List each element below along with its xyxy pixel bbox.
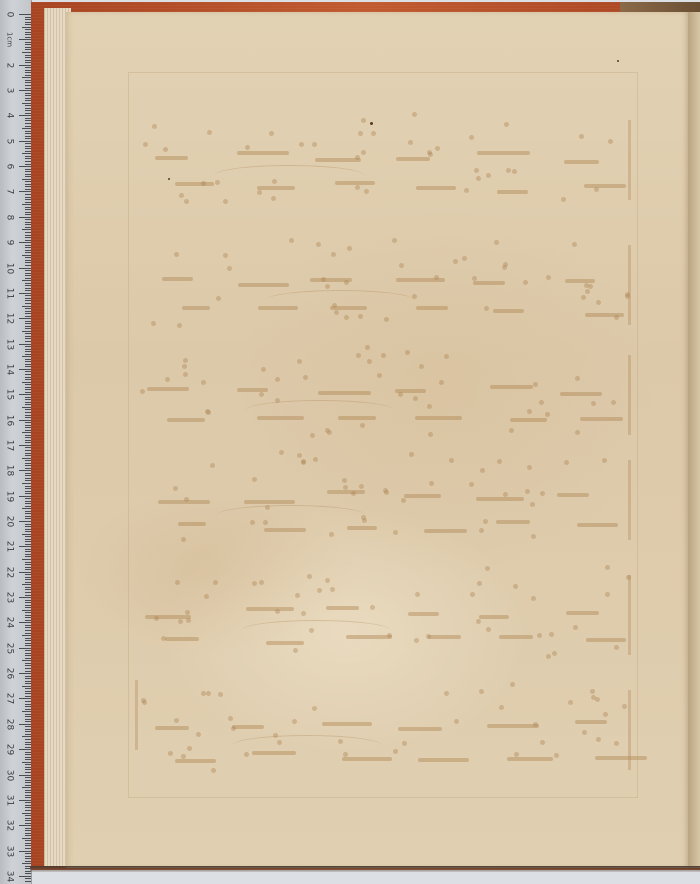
ghost-beam <box>586 638 626 642</box>
ghost-note <box>474 168 479 173</box>
ghost-beam <box>415 416 461 420</box>
ghost-slur <box>214 165 364 186</box>
ghost-note <box>377 373 382 378</box>
ghost-note <box>177 323 182 328</box>
ruler-tick <box>22 128 31 129</box>
ruler-tick <box>22 407 31 408</box>
ruler-tick <box>22 559 31 560</box>
ruler-tick <box>22 27 31 28</box>
ghost-beam <box>496 520 530 524</box>
ghost-note <box>299 142 304 147</box>
ruler-tick <box>25 878 31 879</box>
ruler-tick <box>22 584 31 585</box>
ghost-note <box>568 700 573 705</box>
ruler-label: 11 <box>5 285 14 301</box>
ruler-tick <box>22 255 31 256</box>
ruler-label: 26 <box>5 666 14 682</box>
ink-speck <box>168 178 170 180</box>
ruler-label: 14 <box>5 361 14 377</box>
ghost-beam <box>155 726 189 730</box>
ghost-barline <box>628 575 631 655</box>
ghost-note <box>614 315 619 320</box>
ghost-note <box>444 354 449 359</box>
ghost-beam <box>564 160 599 164</box>
ghost-note <box>554 753 559 758</box>
ruler-tick <box>22 382 31 383</box>
ghost-note <box>207 130 212 135</box>
ruler-tick <box>19 698 31 699</box>
ruler-label: 29 <box>5 742 14 758</box>
ruler-tick <box>19 369 31 370</box>
ruler-tick <box>22 863 31 864</box>
ghost-beam <box>560 392 602 396</box>
ghost-note <box>504 122 509 127</box>
ruler-tick <box>22 813 31 814</box>
ghost-beam <box>264 528 306 532</box>
ghost-note <box>367 359 372 364</box>
ghost-note <box>510 682 515 687</box>
ghost-beam <box>257 186 295 190</box>
ruler-tick <box>19 445 31 446</box>
ghost-beam <box>418 758 469 762</box>
ruler-tick <box>19 546 31 547</box>
ghost-beam <box>232 725 264 729</box>
ghost-beam <box>408 612 438 616</box>
ghost-beam <box>244 500 295 504</box>
ghost-note <box>317 588 322 593</box>
ghost-note <box>413 396 418 401</box>
ghost-note <box>325 284 330 289</box>
ghost-note <box>183 358 188 363</box>
ghost-note <box>289 238 294 243</box>
ghost-note <box>405 350 410 355</box>
ghost-beam <box>479 615 509 619</box>
ghost-note <box>173 486 178 491</box>
ghost-note <box>361 118 366 123</box>
ghost-beam <box>347 526 377 530</box>
ghost-beam <box>162 277 193 281</box>
ghost-note <box>329 532 334 537</box>
ghost-slur <box>232 735 382 756</box>
ruler-label: 7 <box>5 184 14 200</box>
ghost-beam <box>584 184 626 188</box>
ruler-tick <box>22 686 31 687</box>
ghost-note <box>259 580 264 585</box>
ghost-note <box>434 275 439 280</box>
ghost-beam <box>499 635 533 639</box>
ghost-note <box>579 134 584 139</box>
ghost-note <box>205 409 210 414</box>
ruler-tick <box>22 306 31 307</box>
ghost-note <box>344 280 349 285</box>
ghost-note <box>370 605 375 610</box>
ruler-tick <box>19 14 31 15</box>
ruler-label: 0 <box>5 7 14 23</box>
ghost-note <box>537 633 542 638</box>
ruler-tick <box>19 749 31 750</box>
ruler-tick <box>19 470 31 471</box>
ghost-note <box>165 377 170 382</box>
ghost-note <box>503 492 508 497</box>
ghost-note <box>301 611 306 616</box>
ruler-tick <box>19 648 31 649</box>
ghost-note <box>582 730 587 735</box>
ghost-note <box>215 180 220 185</box>
ghost-note <box>152 124 157 129</box>
ruler-tick <box>22 153 31 154</box>
ghost-note <box>257 190 262 195</box>
ruler-tick <box>22 229 31 230</box>
ghost-beam <box>477 151 530 155</box>
ruler-tick <box>19 724 31 725</box>
ghost-beam <box>326 606 359 610</box>
ghost-note <box>477 581 482 586</box>
ruler-tick <box>19 242 31 243</box>
ruler-label: 25 <box>5 640 14 656</box>
ghost-note <box>364 189 369 194</box>
ink-speck <box>617 60 619 62</box>
ghost-note <box>564 460 569 465</box>
ghost-barline <box>628 355 631 435</box>
ghost-note <box>293 648 298 653</box>
ghost-note <box>206 691 211 696</box>
ghost-beam <box>396 157 430 161</box>
ruler-tick <box>19 65 31 66</box>
ghost-note <box>321 277 326 282</box>
ghost-note <box>201 380 206 385</box>
ghost-note <box>513 584 518 589</box>
ruler-tick <box>19 90 31 91</box>
ghost-note <box>470 592 475 597</box>
ruler-label: 24 <box>5 615 14 631</box>
ghost-note <box>201 691 206 696</box>
ruler-tick <box>19 318 31 319</box>
ruler-tick <box>22 432 31 433</box>
ghost-note <box>514 752 519 757</box>
ghost-slur <box>216 505 366 526</box>
ghost-barline <box>135 680 138 750</box>
ruler-tick <box>19 800 31 801</box>
ghost-note <box>614 741 619 746</box>
ruler-tick <box>19 851 31 852</box>
ghost-note <box>361 150 366 155</box>
ghost-note <box>573 625 578 630</box>
ghost-note <box>292 719 297 724</box>
page-gutter <box>688 12 700 868</box>
ghost-beam <box>246 607 294 611</box>
ruler-tick <box>22 458 31 459</box>
ghost-note <box>312 142 317 147</box>
ruler-label: 18 <box>5 463 14 479</box>
ghost-beam <box>237 151 289 155</box>
ruler-tick <box>19 622 31 623</box>
ghost-note <box>204 594 209 599</box>
ruler-tick <box>22 660 31 661</box>
ruler-tick <box>19 39 31 40</box>
ghost-beam <box>175 759 216 763</box>
ghost-note <box>581 295 586 300</box>
ruler-tick <box>19 572 31 573</box>
ruler-tick <box>19 673 31 674</box>
ruler-label: 34 <box>5 868 14 884</box>
ghost-note <box>223 253 228 258</box>
ghost-slur <box>241 620 391 641</box>
ghost-beam <box>497 190 528 194</box>
ghost-note <box>530 502 535 507</box>
ruler-tick <box>19 166 31 167</box>
ghost-note <box>187 746 192 751</box>
ruler-tick <box>19 268 31 269</box>
ghost-barline <box>628 120 631 200</box>
ghost-note <box>399 263 404 268</box>
ruler-label: 5 <box>5 133 14 149</box>
ghost-beam <box>266 641 304 645</box>
ghost-beam <box>416 306 448 310</box>
ruler-label: 33 <box>5 843 14 859</box>
ghost-slur <box>245 400 395 421</box>
ghost-note <box>531 596 536 601</box>
ghost-beam <box>145 615 191 619</box>
bottom-shadow <box>30 866 700 872</box>
ghost-note <box>552 651 557 656</box>
ghost-note <box>271 196 276 201</box>
ghost-beam <box>566 611 599 615</box>
ghost-note <box>409 452 414 457</box>
ruler-label: 9 <box>5 235 14 251</box>
ruler-label: 3 <box>5 83 14 99</box>
ghost-beam <box>493 309 524 313</box>
ghost-note <box>527 409 532 414</box>
ghost-note <box>546 654 551 659</box>
ghost-note <box>439 380 444 385</box>
ghost-note <box>213 580 218 585</box>
ruler-label: 15 <box>5 387 14 403</box>
ghost-note <box>622 704 627 709</box>
ghost-beam <box>178 522 206 526</box>
ruler-tick <box>22 534 31 535</box>
ghost-note <box>499 705 504 710</box>
ghost-note <box>412 112 417 117</box>
ghost-beam <box>342 757 392 761</box>
ruler-label: 6 <box>5 159 14 175</box>
ghost-beam <box>327 490 365 494</box>
ghost-note <box>355 155 360 160</box>
ruler-tick <box>19 876 31 877</box>
ghost-beam <box>155 156 188 160</box>
ruler-tick <box>25 873 31 874</box>
ghost-note <box>494 240 499 245</box>
ghost-note <box>464 188 469 193</box>
ghost-note <box>444 691 449 696</box>
ghost-note <box>347 246 352 251</box>
ghost-beam <box>595 756 647 760</box>
ruler-label: 32 <box>5 818 14 834</box>
ruler-label: 16 <box>5 412 14 428</box>
ghost-barline <box>628 690 631 770</box>
ghost-note <box>545 412 550 417</box>
ghost-beam <box>424 529 467 533</box>
ghost-beam <box>167 418 205 422</box>
ghost-beam <box>175 182 214 186</box>
ruler-label: 17 <box>5 437 14 453</box>
ruler-label: 27 <box>5 691 14 707</box>
ghost-note <box>585 289 590 294</box>
ruler-label: 2 <box>5 57 14 73</box>
ruler-tick <box>22 103 31 104</box>
ghost-note <box>343 485 348 490</box>
ruler-tick <box>22 356 31 357</box>
ghost-note <box>356 353 361 358</box>
ghost-beam <box>487 724 539 728</box>
ruler-tick <box>19 141 31 142</box>
ruler-tick <box>22 52 31 53</box>
ruler-tick <box>22 204 31 205</box>
ghost-note <box>174 718 179 723</box>
ghost-beam <box>507 757 553 761</box>
ghost-note <box>252 581 257 586</box>
ghost-barline <box>628 460 631 540</box>
ghost-beam <box>318 391 371 395</box>
ghost-note <box>175 580 180 585</box>
ghost-beam <box>147 387 189 391</box>
ghost-note <box>480 468 485 473</box>
ink-speck <box>370 122 373 125</box>
ghost-beam <box>322 722 372 726</box>
measuring-ruler: 01cm234567891011121314151617181920212223… <box>0 0 32 884</box>
ghost-beam <box>565 279 595 283</box>
ruler-label: 13 <box>5 336 14 352</box>
ruler-tick <box>22 787 31 788</box>
ruler-tick <box>22 331 31 332</box>
ruler-label: 21 <box>5 539 14 555</box>
ruler-label: 31 <box>5 792 14 808</box>
ruler-tick <box>22 635 31 636</box>
ghost-note <box>408 140 413 145</box>
ghost-note <box>216 296 221 301</box>
ghost-note <box>228 716 233 721</box>
ghost-note <box>561 197 566 202</box>
ghost-note <box>151 321 156 326</box>
ghost-note <box>479 528 484 533</box>
ruler-tick <box>19 496 31 497</box>
ruler-tick <box>19 191 31 192</box>
ghost-note <box>393 749 398 754</box>
ruler-label: 10 <box>5 260 14 276</box>
ghost-beam <box>577 523 617 527</box>
ghost-note <box>591 401 596 406</box>
ghost-note <box>259 392 264 397</box>
ghost-note <box>174 252 179 257</box>
ghost-note <box>331 252 336 257</box>
ghost-beam <box>580 417 624 421</box>
ghost-slur <box>265 290 415 311</box>
ghost-beam <box>416 186 456 190</box>
ruler-label: 28 <box>5 716 14 732</box>
ruler-tick <box>22 762 31 763</box>
ruler-tick <box>22 508 31 509</box>
ruler-label: 1cm <box>5 32 14 48</box>
ruler-tick <box>19 597 31 598</box>
ghost-note <box>140 389 145 394</box>
ghost-note <box>244 752 249 757</box>
ghost-beam <box>404 494 441 498</box>
ruler-tick <box>25 881 31 882</box>
ghost-beam <box>428 635 461 639</box>
ruler-tick <box>19 825 31 826</box>
ghost-note <box>371 131 376 136</box>
ghost-note <box>211 768 216 773</box>
ruler-label: 8 <box>5 209 14 225</box>
ghost-beam <box>490 385 533 389</box>
ruler-tick <box>22 711 31 712</box>
ghost-note <box>415 592 420 597</box>
ghost-beam <box>473 281 505 285</box>
ghost-note <box>401 498 406 503</box>
ghost-note <box>575 430 580 435</box>
ghost-note <box>301 459 306 464</box>
ruler-tick <box>22 280 31 281</box>
ghost-beam <box>315 158 361 162</box>
ghost-note <box>181 537 186 542</box>
ruler-tick <box>19 521 31 522</box>
ghost-beam <box>476 497 524 501</box>
ghost-note <box>185 610 190 615</box>
ghost-note <box>384 490 389 495</box>
ghost-note <box>310 433 315 438</box>
ruler-tick <box>22 77 31 78</box>
ghost-barline <box>628 245 631 325</box>
ruler-tick <box>19 394 31 395</box>
ruler-tick <box>19 115 31 116</box>
ruler-tick <box>22 179 31 180</box>
ghost-beam <box>237 388 268 392</box>
ghost-note <box>596 300 601 305</box>
ruler-label: 4 <box>5 108 14 124</box>
ruler-label: 30 <box>5 767 14 783</box>
ruler-tick <box>19 775 31 776</box>
ghost-note <box>297 453 302 458</box>
ghost-beam <box>165 637 199 641</box>
ruler-tick <box>19 420 31 421</box>
ghost-note <box>184 199 189 204</box>
ruler-tick <box>19 293 31 294</box>
ruler-label: 23 <box>5 590 14 606</box>
ghost-beam <box>182 306 211 310</box>
ghost-beam <box>398 727 442 731</box>
ghost-note <box>275 609 280 614</box>
ghost-beam <box>575 720 607 724</box>
ghost-beam <box>510 418 547 422</box>
ruler-tick <box>22 610 31 611</box>
ruler-label: 12 <box>5 311 14 327</box>
ruler-tick <box>22 838 31 839</box>
ruler-tick <box>22 736 31 737</box>
ruler-label: 19 <box>5 488 14 504</box>
ghost-note <box>512 169 517 174</box>
ruler-tick <box>19 217 31 218</box>
ghost-note <box>525 489 530 494</box>
ruler-label: 22 <box>5 564 14 580</box>
ghost-beam <box>238 283 289 287</box>
ghost-beam <box>557 493 588 497</box>
ghost-note <box>426 634 431 639</box>
ruler-tick <box>19 344 31 345</box>
ghost-note <box>506 168 511 173</box>
ghost-note <box>161 636 166 641</box>
ruler-tick <box>22 483 31 484</box>
ruler-label: 20 <box>5 514 14 530</box>
